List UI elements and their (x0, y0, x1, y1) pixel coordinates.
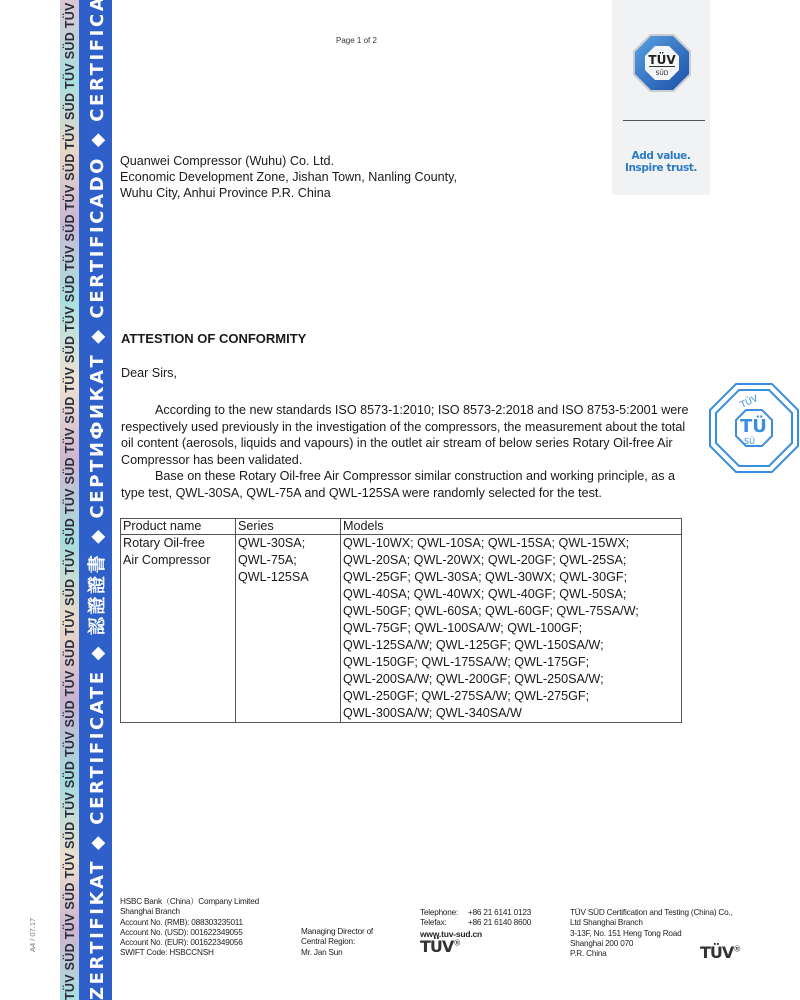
models-line: QWL-20SA; QWL-20WX; QWL-20GF; QWL-25SA; (343, 552, 679, 569)
svg-text:TÜV: TÜV (648, 52, 676, 67)
bank-line: Shanghai Branch (120, 907, 259, 917)
models-line: QWL-200SA/W; QWL-200GF; QWL-250SA/W; (343, 671, 679, 688)
series-cell: QWL-30SA;QWL-75A;QWL-125SA (236, 535, 341, 723)
tuv-wordmark: TÜV® (420, 937, 460, 956)
models-line: QWL-75GF; QWL-100SA/W; QWL-100GF; (343, 620, 679, 637)
models-line: QWL-250GF; QWL-275SA/W; QWL-275GF; (343, 688, 679, 705)
series-line: QWL-75A; (238, 552, 338, 569)
models-line: QWL-40SA; QWL-40WX; QWL-40GF; QWL-50SA; (343, 586, 679, 603)
address-line: TÜV SÜD Certification and Testing (China… (570, 908, 733, 918)
tuv-stamp-icon: TÜV TÜ SÜ (708, 382, 800, 474)
table-header-row: Product name Series Models (121, 519, 682, 535)
managing-director: Managing Director ofCentral Region:Mr. J… (301, 927, 373, 958)
form-code: A4 / 07.17 (28, 918, 37, 952)
models-line: QWL-150GF; QWL-175SA/W; QWL-175GF; (343, 654, 679, 671)
tuv-wordmark: TÜV® (700, 943, 740, 962)
models-cell: QWL-10WX; QWL-10SA; QWL-15SA; QWL-15WX;Q… (341, 535, 682, 723)
bank-line: Account No. (RMB): 088303235011 (120, 918, 259, 928)
recipient-address-line: Economic Development Zone, Jishan Town, … (120, 169, 457, 185)
tuv-sud-logo-icon: TÜV SÜD (632, 33, 692, 93)
models-line: QWL-50GF; QWL-60SA; QWL-60GF; QWL-75SA/W… (343, 603, 679, 620)
salutation: Dear Sirs, (121, 366, 177, 380)
column-header: Models (341, 519, 682, 535)
director-line: Managing Director of (301, 927, 373, 937)
certificate-band: ZERTIFIKAT ◆ CERTIFICATE ◆ 認證證書 ◆ СЕРТИФ… (79, 0, 112, 1000)
bank-line: Account No. (USD): 001622349055 (120, 928, 259, 938)
contact-details: Telephone:+86 21 6141 0123 Telefax:+86 2… (420, 908, 531, 939)
product-name-line: Rotary Oil-free (123, 535, 233, 552)
address-line: 3-13F, No. 151 Heng Tong Road (570, 929, 733, 939)
series-line: QWL-30SA; (238, 535, 338, 552)
telephone-number: +86 21 6141 0123 (468, 908, 531, 918)
models-line: QWL-10WX; QWL-10SA; QWL-15SA; QWL-15WX; (343, 535, 679, 552)
bank-line: Account No. (EUR): 001622349056 (120, 938, 259, 948)
address-line: Ltd Shanghai Branch (570, 918, 733, 928)
page-indicator: Page 1 of 2 (336, 36, 377, 45)
paragraph: According to the new standards ISO 8573-… (121, 402, 696, 468)
models-line: QWL-125SA/W; QWL-125GF; QWL-150SA/W; (343, 637, 679, 654)
tagline-line: Add value. (612, 150, 710, 162)
logo-divider (623, 120, 705, 121)
models-line: QWL-25GF; QWL-30SA; QWL-30WX; QWL-30GF; (343, 569, 679, 586)
brand-tagline: Add value. Inspire trust. (612, 150, 710, 174)
letter-body: According to the new standards ISO 8573-… (121, 402, 696, 501)
document-title: ATTESTION OF CONFORMITY (121, 331, 306, 346)
bank-line: HSBC Bank（China）Company Limited (120, 897, 259, 907)
models-line: QWL-300SA/W; QWL-340SA/W (343, 705, 679, 722)
recipient-address-line: Wuhu City, Anhui Province P.R. China (120, 185, 457, 201)
svg-text:SÜD: SÜD (656, 70, 669, 77)
telephone-label: Telephone: (420, 908, 468, 918)
paragraph: Base on these Rotary Oil-free Air Compre… (121, 468, 696, 501)
table-row: Rotary Oil-freeAir Compressor QWL-30SA;Q… (121, 535, 682, 723)
column-header: Series (236, 519, 341, 535)
product-name-line: Air Compressor (123, 552, 233, 569)
tagline-line: Inspire trust. (612, 162, 710, 174)
svg-text:SÜ: SÜ (744, 436, 755, 446)
bank-line: SWIFT Code: HSBCCNSH (120, 948, 259, 958)
series-line: QWL-125SA (238, 569, 338, 586)
recipient-address: Quanwei Compressor (Wuhu) Co. Ltd. Econo… (120, 153, 457, 201)
director-line: Central Region: (301, 937, 373, 947)
certificate-band-text: ZERTIFIKAT ◆ CERTIFICATE ◆ 認證證書 ◆ СЕРТИФ… (83, 0, 109, 1000)
director-line: Mr. Jan Sun (301, 948, 373, 958)
hologram-strip: TÜV SÜD TÜV SÜD TÜV SÜD TÜV SÜD TÜV SÜD … (60, 0, 79, 1000)
product-name-cell: Rotary Oil-freeAir Compressor (121, 535, 236, 723)
products-table: Product name Series Models Rotary Oil-fr… (120, 518, 682, 723)
recipient-company: Quanwei Compressor (Wuhu) Co. Ltd. (120, 153, 457, 169)
bank-details: HSBC Bank（China）Company LimitedShanghai … (120, 897, 259, 959)
svg-text:TÜV: TÜV (738, 393, 761, 411)
column-header: Product name (121, 519, 236, 535)
telefax-number: +86 21 6140 8600 (468, 918, 531, 928)
svg-text:TÜ: TÜ (740, 415, 767, 437)
telefax-label: Telefax: (420, 918, 468, 928)
hologram-text: TÜV SÜD TÜV SÜD TÜV SÜD TÜV SÜD TÜV SÜD … (63, 0, 77, 1000)
